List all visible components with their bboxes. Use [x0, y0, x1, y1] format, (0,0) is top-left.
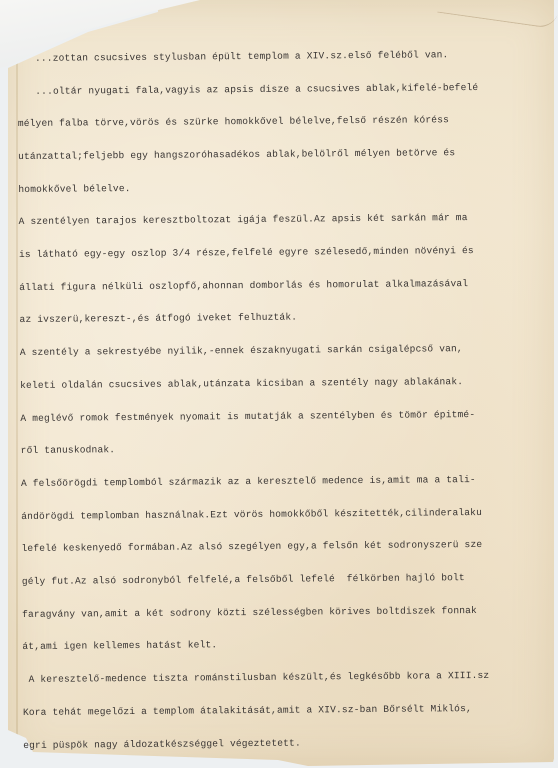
text-line: A szentélyen tarajos keresztboltozat igá… [19, 213, 554, 229]
text-line: lefelé keskenyedő formában.Az alsó szegé… [21, 540, 556, 556]
text-line: mélyen falba törve,vörös és szürke homok… [18, 115, 553, 131]
text-line: is látható egy-egy oszlop 3/4 része,felf… [19, 245, 554, 261]
text-line: A felsőörögdi templomból származik az a … [21, 474, 556, 490]
text-line: Kora tehát megelőzi a templom átalakitás… [23, 703, 558, 719]
text-line: utánzattal;feljebb egy hangszoróhasadéko… [18, 147, 553, 163]
scanned-page: ...zottan csucsives stylusban épült temp… [0, 0, 558, 768]
text-line: A keresztelő-medence tiszta románstilusb… [23, 670, 558, 686]
text-line: homokkővel bélelve. [18, 180, 553, 196]
text-line: ről tanuskodnak. [21, 442, 556, 458]
text-line: ...zottan csucsives stylusban épült temp… [17, 49, 552, 65]
text-line: A meglévő romok festmények nyomait is mu… [20, 409, 555, 425]
text-line: állati figura nélküli oszlopfő,ahonnan d… [19, 278, 554, 294]
text-line: az ivszerü,kereszt-,és átfogó iveket fel… [19, 311, 554, 327]
text-line: ...oltár nyugati fala,vagyis az apsis di… [17, 82, 552, 98]
text-line: keleti oldalán csucsives ablak,utánzata … [20, 376, 555, 392]
text-line: A szentély a sekrestyébe nyilik,-ennek é… [20, 343, 555, 359]
text-line: gély fut.Az alsó sodronyból felfelé,a fe… [22, 572, 557, 588]
text-line: át,ami igen kellemes hatást kelt. [22, 638, 557, 654]
text-line: egri püspök nagy áldozatkészséggel végez… [23, 736, 558, 752]
text-line: ándörögdi templomban használnak.Ezt vörö… [21, 507, 556, 523]
typewritten-text: ...zottan csucsives stylusban épült temp… [17, 27, 558, 768]
paper-fold-mark [437, 0, 558, 29]
text-line: faragvány van,amit a két sodrony közti s… [22, 605, 557, 621]
